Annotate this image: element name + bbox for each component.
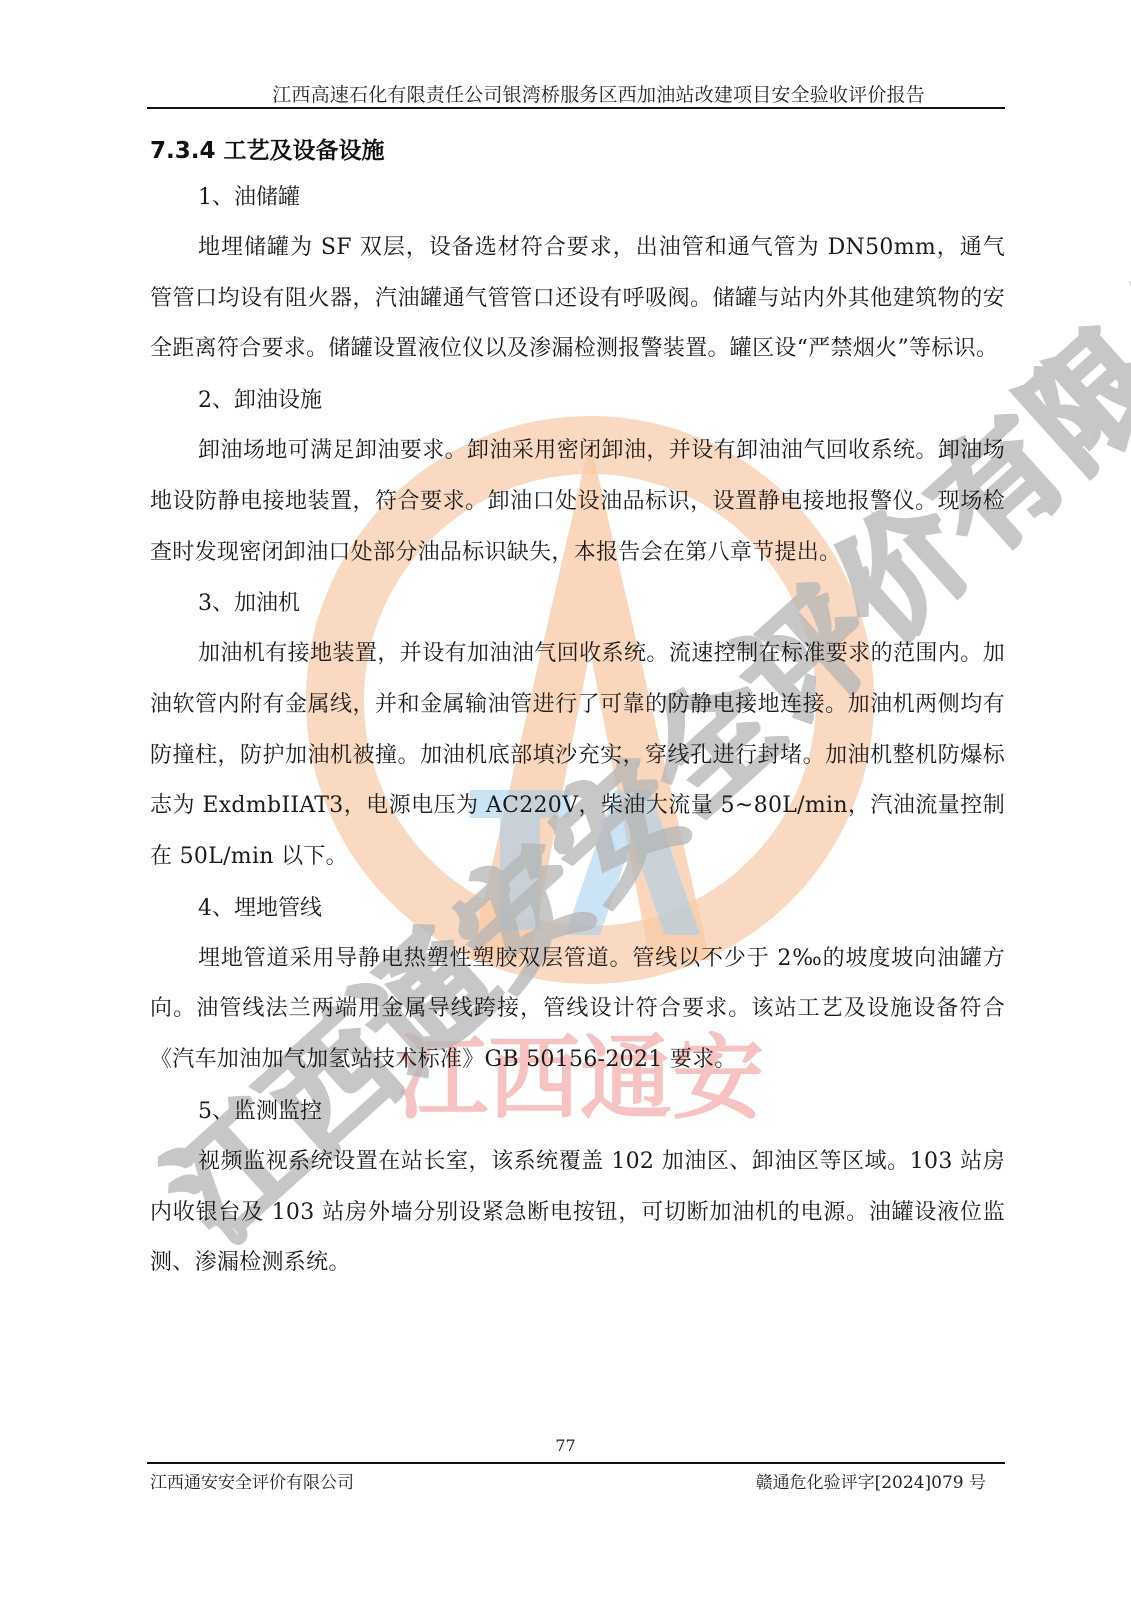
footer-report-number: 赣通危化验评字[2024]079 号	[756, 1468, 986, 1493]
main-content: 7.3.4 工艺及设备设施 1、油储罐 地埋储罐为 SF 双层，设备选材符合要求…	[150, 130, 1005, 1289]
subsection-monitoring: 5、监测监控 视频监视系统设置在站长室，该系统覆盖 102 加油区、卸油区等区域…	[150, 1086, 1005, 1289]
page-number: 77	[0, 1436, 1131, 1455]
header-divider	[147, 107, 1005, 109]
subsection-heading: 4、埋地管线	[150, 883, 1005, 934]
footer-divider	[147, 1462, 1005, 1464]
subsection-body: 地埋储罐为 SF 双层，设备选材符合要求，出油管和通气管为 DN50mm，通气管…	[150, 223, 1005, 375]
subsection-body: 埋地管道采用导静电热塑性塑胶双层管道。管线以不少于 2‰的坡度坡向油罐方向。油管…	[150, 934, 1005, 1086]
subsection-heading: 3、加油机	[150, 578, 1005, 629]
subsection-heading: 1、油储罐	[150, 172, 1005, 223]
subsection-fuel-dispenser: 3、加油机 加油机有接地装置，并设有加油油气回收系统。流速控制在标准要求的范围内…	[150, 578, 1005, 883]
running-header: 江西高速石化有限责任公司银湾桥服务区西加油站改建项目安全验收评价报告	[150, 80, 1005, 107]
subsection-unloading-facilities: 2、卸油设施 卸油场地可满足卸油要求。卸油采用密闭卸油，并设有卸油油气回收系统。…	[150, 375, 1005, 578]
subsection-body: 卸油场地可满足卸油要求。卸油采用密闭卸油，并设有卸油油气回收系统。卸油场地设防静…	[150, 426, 1005, 578]
subsection-heading: 5、监测监控	[150, 1086, 1005, 1137]
subsection-oil-tanks: 1、油储罐 地埋储罐为 SF 双层，设备选材符合要求，出油管和通气管为 DN50…	[150, 172, 1005, 375]
footer-company: 江西通安安全评价有限公司	[150, 1468, 354, 1493]
subsection-body: 加油机有接地装置，并设有加油油气回收系统。流速控制在标准要求的范围内。加油软管内…	[150, 629, 1005, 883]
document-page: 江西通安 江西通安安全评价有限公司 江西高速石化有限责任公司银湾桥服务区西加油站…	[0, 0, 1131, 1600]
section-title: 7.3.4 工艺及设备设施	[150, 130, 1005, 172]
subsection-heading: 2、卸油设施	[150, 375, 1005, 426]
subsection-buried-pipelines: 4、埋地管线 埋地管道采用导静电热塑性塑胶双层管道。管线以不少于 2‰的坡度坡向…	[150, 883, 1005, 1086]
subsection-body: 视频监视系统设置在站长室，该系统覆盖 102 加油区、卸油区等区域。103 站房…	[150, 1137, 1005, 1289]
